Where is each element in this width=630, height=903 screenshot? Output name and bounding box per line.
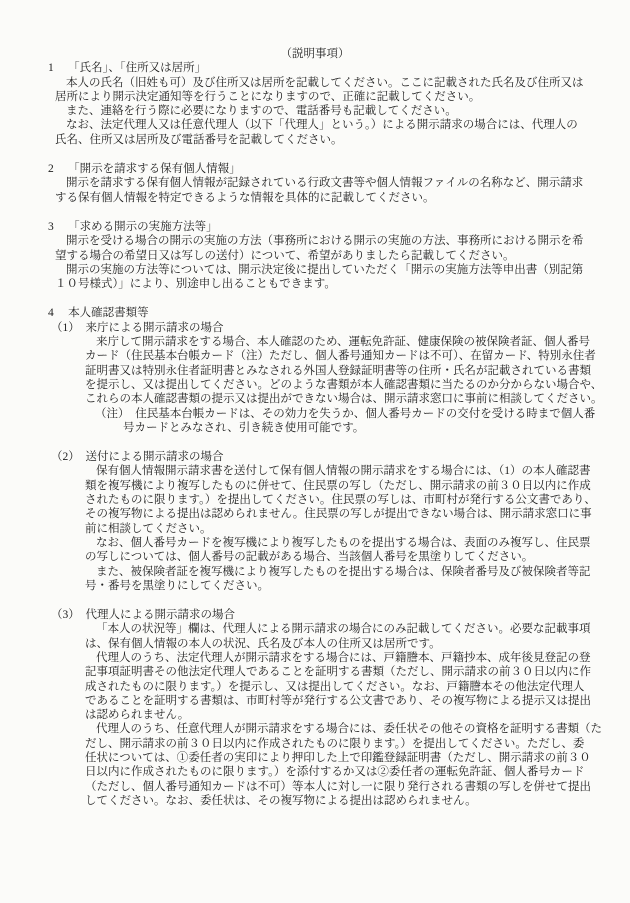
document-line: 日以内に作成されたものに限ります。）を添付するか又は②委任者の運転免許証、個人番… [0,765,630,779]
document-line: 任状については、①委任者の実印により押印した上で印鑑登録証明書（ただし、開示請求… [0,751,630,765]
document-line: 来庁して開示請求をする場合、本人確認のため、運転免許証、健康保険の被保険者証、個… [0,335,630,349]
document-line: 前に相談してください。 [0,522,630,536]
document-line: 望する場合の希望日又は写しの送付）について、希望がありましたら記載してください。 [0,249,630,263]
document-title: （説明事項） [0,47,630,61]
document-line: （注） 住民基本台帳カードは、その効力を失うか、個人番号カードの交付を受ける時ま… [0,407,630,421]
line-gap [0,147,630,162]
document-line: １０号様式）」により、別途申し出ることもできます。 [0,277,630,291]
document-line: は、保有個人情報の本人の状況、氏名及び本人の住所又は居所です。 [0,637,630,651]
document-line: 代理人のうち、任意代理人が開示請求をする場合には、委任状その他その資格を証明する… [0,722,630,736]
document-line: その複写物による提出は認められません。住民票の写しが提出できない場合は、開示請求… [0,507,630,521]
document-line: （1） 来庁による開示請求の場合 [0,321,630,335]
document-line: 2 「開示を請求する保有個人情報」 [0,162,630,176]
document-page: （説明事項） 1 「氏名」、「住所又は居所」本人の氏名（旧姓も可）及び住所又は居… [0,0,630,903]
document-lines: 1 「氏名」、「住所又は居所」本人の氏名（旧姓も可）及び住所又は居所を記載してく… [0,61,630,808]
document-line: の写しについては、個人番号の記載がある場合、当該個人番号を黒塗りしてください。 [0,550,630,564]
document-line: 開示の実施の方法等については、開示決定後に提出していただく「開示の実施方法等申出… [0,263,630,277]
document-line: 記事項証明書その他法定代理人であることを証明する書類（ただし、開示請求の前３０日… [0,665,630,679]
document-line: 氏名、住所又は居所及び電話番号を記載してください。 [0,133,630,147]
document-line: は認められません。 [0,708,630,722]
document-line: これらの本人確認書類の提示又は提出ができない場合は、開示請求窓口に事前に相談して… [0,392,630,406]
document-line: （2） 送付による開示請求の場合 [0,450,630,464]
document-line: を提示し、又は提出してください。どのような書類が本人確認書類に当たるのか分からな… [0,378,630,392]
document-line: 1 「氏名」、「住所又は居所」 [0,61,630,75]
document-line: 号・番号を黒塗りにしてください。 [0,579,630,593]
document-line: 代理人のうち、法定代理人が開示請求をする場合には、戸籍謄本、戸籍抄本、成年後見登… [0,651,630,665]
line-gap [0,593,630,608]
line-gap [0,291,630,306]
document-line: されたものに限ります。）を提出してください。住民票の写しは、市町村が発行する公文… [0,493,630,507]
document-line: してください。なお、委任状は、その複写物による提出は認められません。 [0,794,630,808]
document-line: であることを証明する書類は、市町村等が発行する公文書であり、その複写物による提示… [0,694,630,708]
line-gap [0,435,630,450]
document-line: する保有個人情報を特定できるような情報を具体的に記載してください。 [0,191,630,205]
document-line: 号カードとみなされ、引き続き使用可能です。 [0,421,630,435]
document-line: なお、個人番号カードを複写機により複写したものを提出する場合は、表面のみ複写し、… [0,536,630,550]
document-line: なお、法定代理人又は任意代理人（以下「代理人」という。）による開示請求の場合には… [0,118,630,132]
document-line: 本人の氏名（旧姓も可）及び住所又は居所を記載してください。ここに記載された氏名及… [0,76,630,90]
document-line: 成されたものに限ります。）を提示し、又は提出してください。なお、戸籍謄本その他法… [0,680,630,694]
document-line: 居所により開示決定通知等を行うことになりますので、正確に記載してください。 [0,90,630,104]
document-line: 3 「求める開示の実施方法等」 [0,220,630,234]
line-gap [0,205,630,220]
document-line: 保有個人情報開示請求書を送付して保有個人情報の開示請求をする場合には、（1）の本… [0,464,630,478]
document-line: 4 本人確認書類等 [0,306,630,320]
document-line: また、被保険者証を複写機により複写したものを提出する場合は、保険者番号及び被保険… [0,565,630,579]
document-line: 類を複写機により複写したものに併せて、住民票の写し（ただし、開示請求の前３０日以… [0,479,630,493]
document-line: （ただし、個人番号通知カードは不可）等本人に対し一に限り発行される書類の写しを併… [0,780,630,794]
document-line: また、連絡を行う際に必要になりますので、電話番号も記載してください。 [0,104,630,118]
document-line: カード（住民基本台帳カード（注）ただし、個人番号通知カードは不可）、在留カード、… [0,349,630,363]
document-line: だし、開示請求の前３０日以内に作成されたものに限ります。）を提出してください。た… [0,737,630,751]
document-line: 開示を請求する保有個人情報が記録されている行政文書等や個人情報ファイルの名称など… [0,176,630,190]
document-line: 証明書又は特別永住者証明書とみなされる外国人登録証明書等の住所・氏名が記載されて… [0,364,630,378]
document-line: 開示を受ける場合の開示の実施の方法（事務所における開示の実施の方法、事務所におけ… [0,234,630,248]
document-line: 「本人の状況等」欄は、代理人による開示請求の場合にのみ記載してください。必要な記… [0,622,630,636]
document-line: （3） 代理人による開示請求の場合 [0,608,630,622]
